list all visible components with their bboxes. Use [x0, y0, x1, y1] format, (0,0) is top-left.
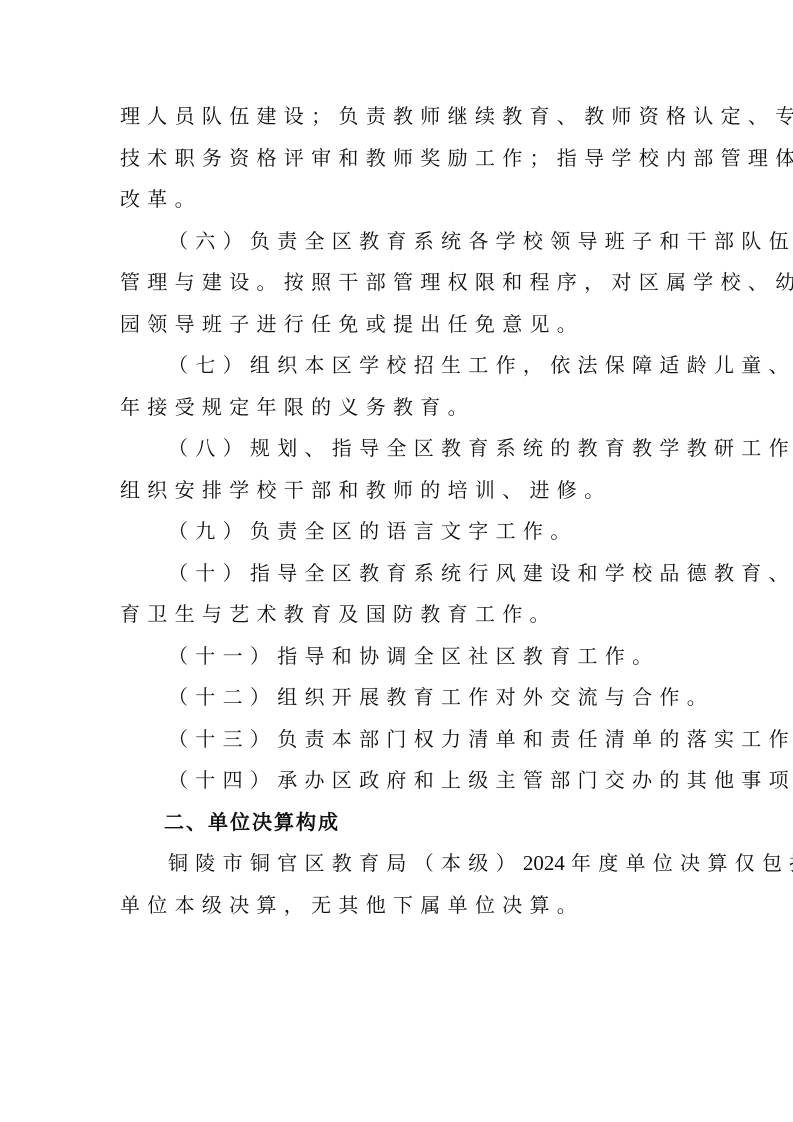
text-line: （十一）指导和协调全区社区教育工作。 — [120, 636, 676, 678]
duty-item-7: （七）组织本区学校招生工作，依法保障适龄儿童、少 年接受规定年限的义务教育。 — [120, 345, 676, 428]
text-segment: 铜陵市铜官区教育局（本级） — [168, 851, 523, 875]
text-line: 组织安排学校干部和教师的培训、进修。 — [120, 470, 676, 512]
duty-item-14: （十四）承办区政府和上级主管部门交办的其他事项。 — [120, 760, 676, 802]
text-line: （十四）承办区政府和上级主管部门交办的其他事项。 — [120, 760, 676, 802]
section-heading-unit-budget-composition: 二、单位决算构成 — [120, 802, 676, 844]
text-line: （八）规划、指导全区教育系统的教育教学教研工作； — [120, 428, 676, 470]
duty-item-9: （九）负责全区的语言文字工作。 — [120, 511, 676, 553]
duty-item-13: （十三）负责本部门权力清单和责任清单的落实工作。 — [120, 719, 676, 761]
text-line: 园领导班子进行任免或提出任免意见。 — [120, 304, 676, 346]
year-value: 2024 — [523, 851, 565, 875]
duty-item-10: （十）指导全区教育系统行风建设和学校品德教育、体 育卫生与艺术教育及国防教育工作… — [120, 553, 676, 636]
document-page: 理人员队伍建设；负责教师继续教育、教师资格认定、专业 技术职务资格评审和教师奖励… — [0, 0, 793, 1122]
text-line: （十三）负责本部门权力清单和责任清单的落实工作。 — [120, 719, 676, 761]
duty-item-12: （十二）组织开展教育工作对外交流与合作。 — [120, 677, 676, 719]
continued-paragraph-duty-5: 理人员队伍建设；负责教师继续教育、教师资格认定、专业 技术职务资格评审和教师奖励… — [120, 96, 676, 221]
text-line: 管理与建设。按照干部管理权限和程序，对区属学校、幼儿 — [120, 262, 676, 304]
text-line: （十二）组织开展教育工作对外交流与合作。 — [120, 677, 676, 719]
text-line: （九）负责全区的语言文字工作。 — [120, 511, 676, 553]
text-line: 技术职务资格评审和教师奖励工作；指导学校内部管理体制 — [120, 138, 676, 180]
text-line: 改革。 — [120, 179, 676, 221]
duty-item-11: （十一）指导和协调全区社区教育工作。 — [120, 636, 676, 678]
duty-item-8: （八）规划、指导全区教育系统的教育教学教研工作； 组织安排学校干部和教师的培训、… — [120, 428, 676, 511]
section-two-paragraph: 铜陵市铜官区教育局（本级）2024年度单位决算仅包括 单位本级决算，无其他下属单… — [120, 843, 676, 926]
document-body: 理人员队伍建设；负责教师继续教育、教师资格认定、专业 技术职务资格评审和教师奖励… — [120, 96, 676, 926]
text-line: 铜陵市铜官区教育局（本级）2024年度单位决算仅包括 — [120, 843, 676, 885]
text-line: （七）组织本区学校招生工作，依法保障适龄儿童、少 — [120, 345, 676, 387]
text-line: 单位本级决算，无其他下属单位决算。 — [120, 885, 676, 927]
text-line: （十）指导全区教育系统行风建设和学校品德教育、体 — [120, 553, 676, 595]
text-line: 理人员队伍建设；负责教师继续教育、教师资格认定、专业 — [120, 96, 676, 138]
text-line: 育卫生与艺术教育及国防教育工作。 — [120, 594, 676, 636]
duty-item-6: （六）负责全区教育系统各学校领导班子和干部队伍的 管理与建设。按照干部管理权限和… — [120, 221, 676, 346]
text-line: （六）负责全区教育系统各学校领导班子和干部队伍的 — [120, 221, 676, 263]
text-segment: 年度单位决算仅包括 — [565, 851, 793, 875]
text-line: 年接受规定年限的义务教育。 — [120, 387, 676, 429]
